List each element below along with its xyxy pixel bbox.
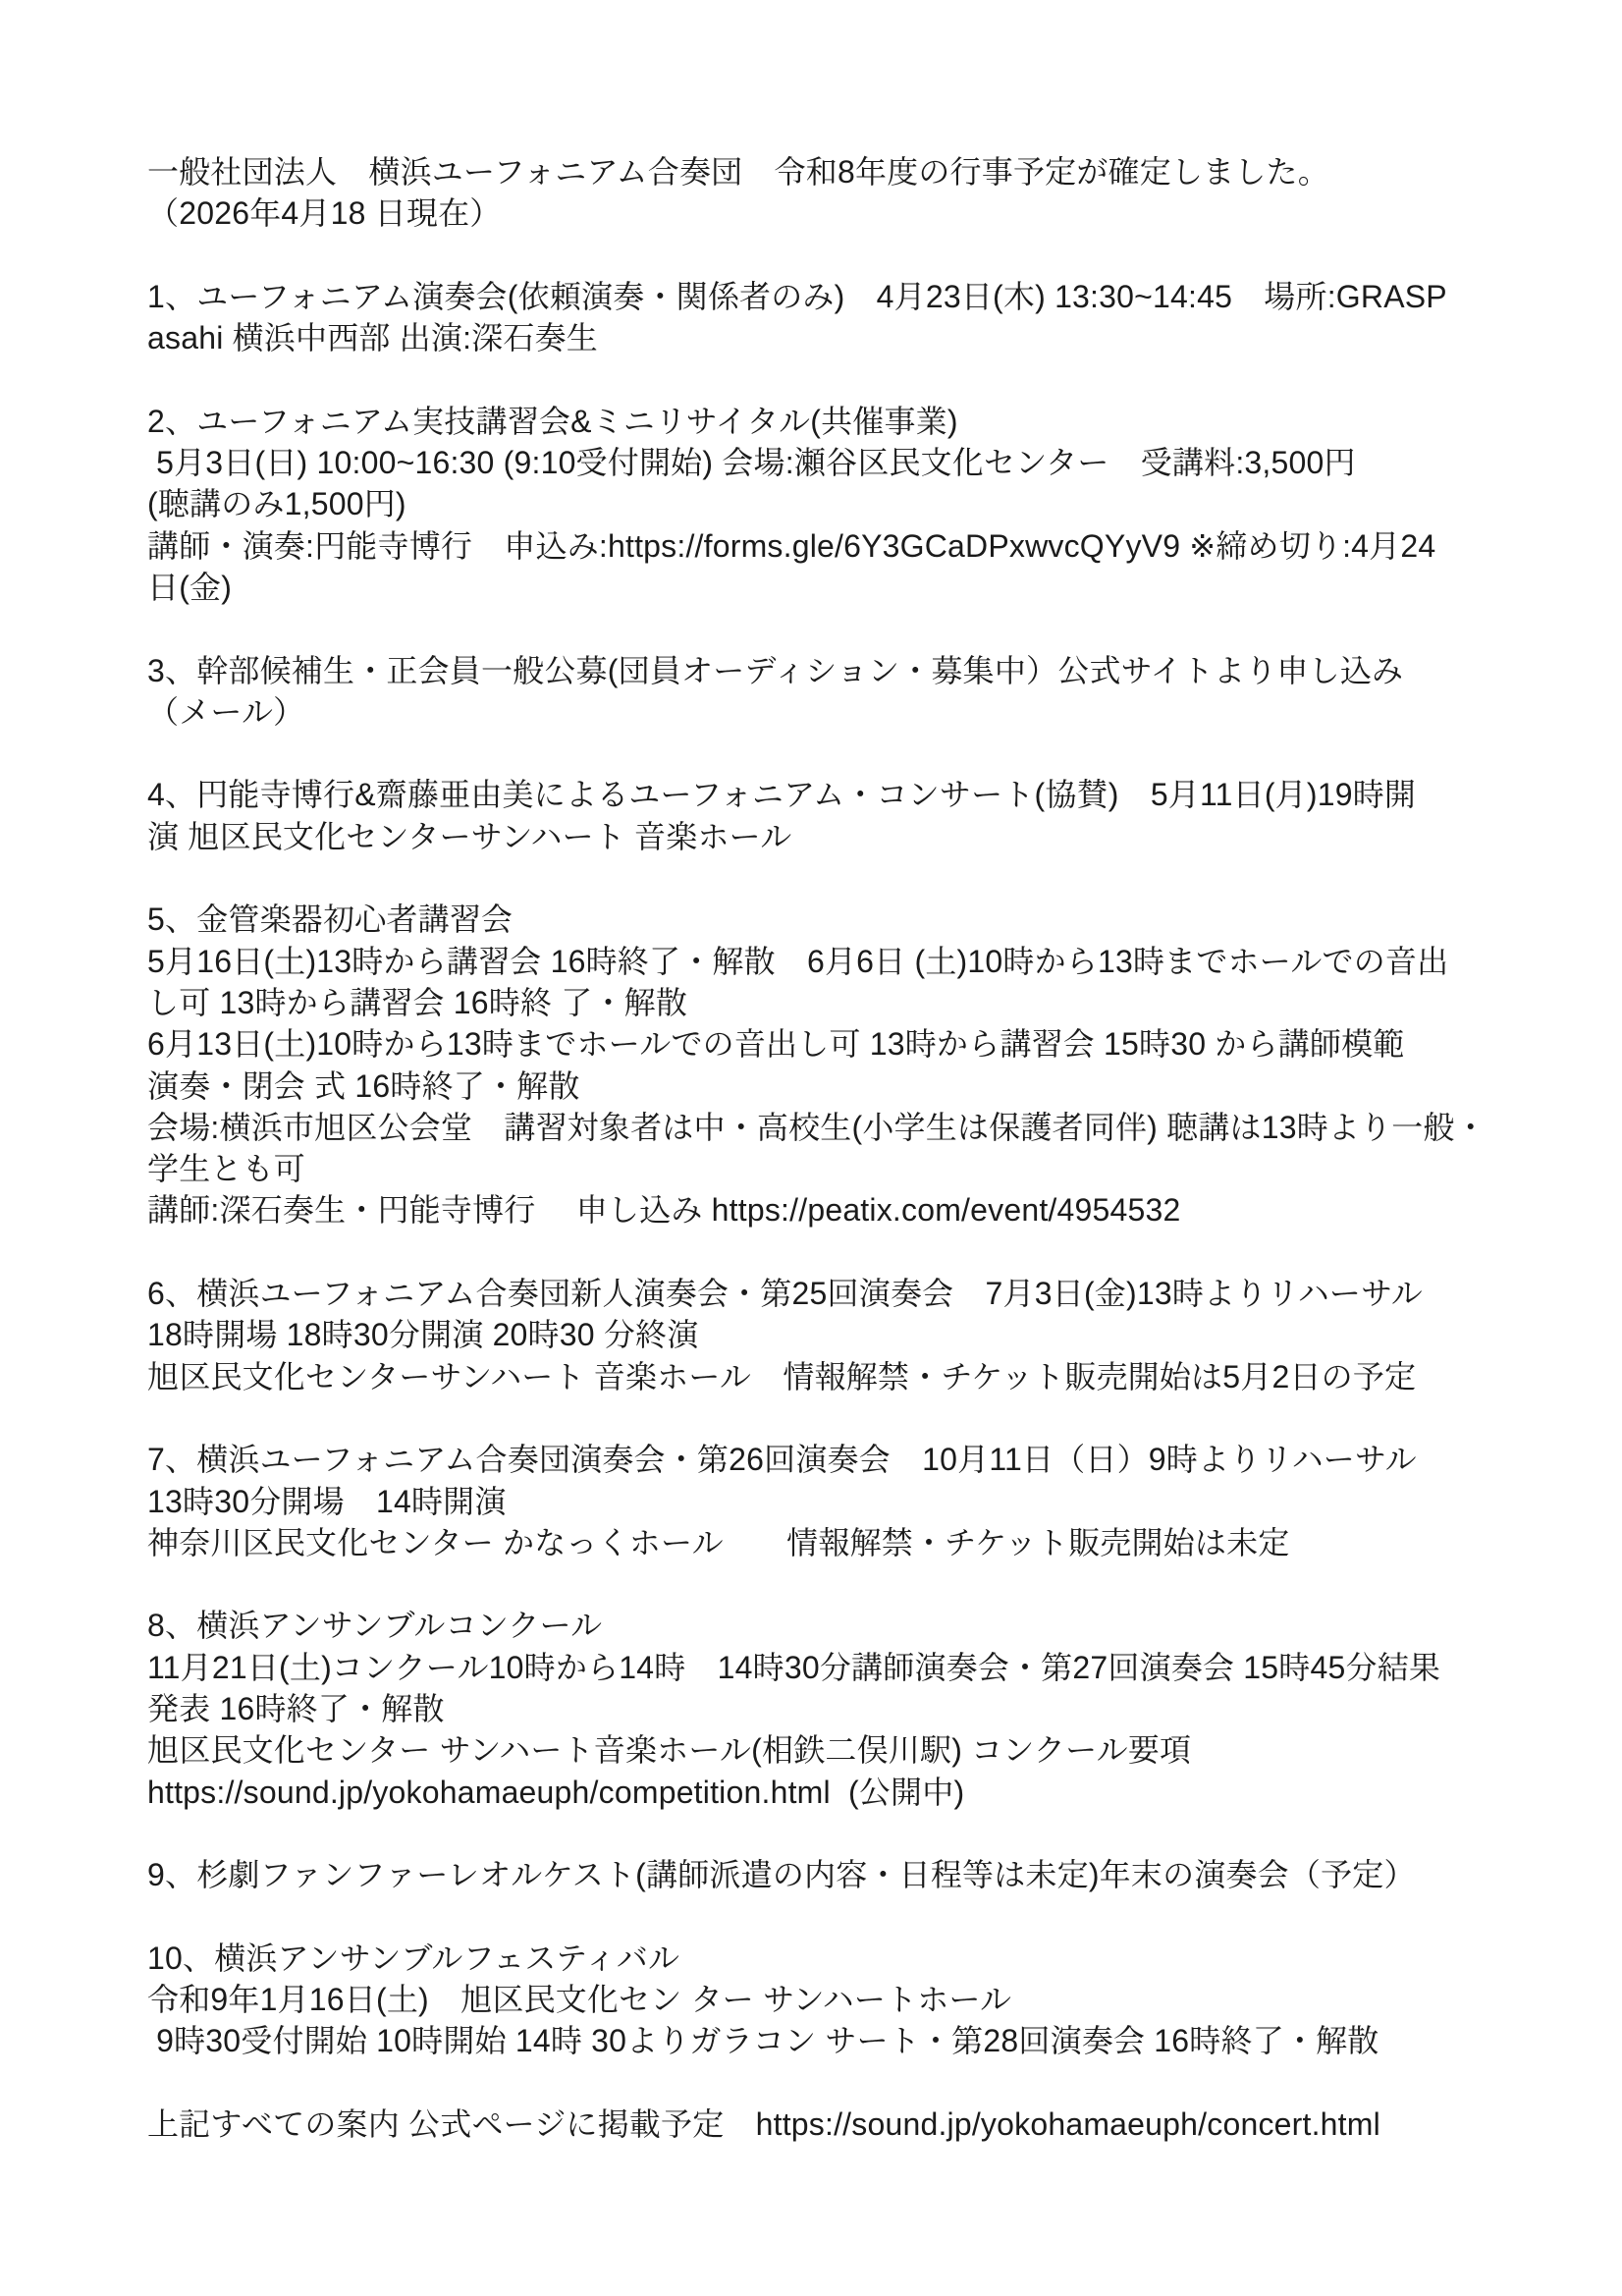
title-paragraph: 一般社団法人 横浜ユーフォニアム合奏団 令和8年度の行事予定が確定しました。 （… <box>147 151 1581 235</box>
text-line: 旭区民文化センター サンハート音楽ホール(相鉄二俣川駅) コンクール要項 <box>147 1729 1581 1771</box>
event-item-7: 7、横浜ユーフォニアム合奏団演奏会・第26回演奏会 10月11日（日）9時よりリ… <box>147 1439 1581 1563</box>
text-line: 学生とも可 <box>147 1148 1581 1189</box>
text-line: 18時開場 18時30分開演 20時30 分終演 <box>147 1314 1581 1355</box>
text-line: (聴講のみ1,500円) <box>147 483 1581 524</box>
text-line: 会場:横浜市旭区公会堂 講習対象者は中・高校生(小学生は保護者同伴) 聴講は13… <box>147 1107 1581 1148</box>
text-line: 発表 16時終了・解散 <box>147 1688 1581 1729</box>
text-line-with-url: 講師:深石奏生・円能寺博行 申し込み https://peatix.com/ev… <box>147 1189 1581 1230</box>
event-item-9: 9、杉劇ファンファーレオルケスト(講師派遣の内容・日程等は未定)年末の演奏会（予… <box>147 1854 1581 1895</box>
text-line: し可 13時から講習会 16時終 了・解散 <box>147 982 1581 1023</box>
event-item-6: 6、横浜ユーフォニアム合奏団新人演奏会・第25回演奏会 7月3日(金)13時より… <box>147 1273 1581 1397</box>
text-line: 10、横浜アンサンブルフェスティバル <box>147 1938 1581 1979</box>
text-line: 1、ユーフォニアム演奏会(依頼演奏・関係者のみ) 4月23日(木) 13:30~… <box>147 276 1581 317</box>
event-item-2: 2、ユーフォニアム実技講習会&ミニリサイタル(共催事業) 5月3日(日) 10:… <box>147 401 1581 608</box>
text-line: 5月3日(日) 10:00~16:30 (9:10受付開始) 会場:瀬谷区民文化… <box>147 442 1581 483</box>
title-date-line: （2026年4月18 日現在） <box>147 192 1581 234</box>
text-line: 神奈川区民文化センター かなっくホール 情報解禁・チケット販売開始は未定 <box>147 1522 1581 1563</box>
text-line: 日(金) <box>147 567 1581 608</box>
text-line: 7、横浜ユーフォニアム合奏団演奏会・第26回演奏会 10月11日（日）9時よりリ… <box>147 1439 1581 1480</box>
event-item-5: 5、金管楽器初心者講習会 5月16日(土)13時から講習会 16時終了・解散 6… <box>147 899 1581 1230</box>
text-line-with-url: 上記すべての案内 公式ページに掲載予定 https://sound.jp/yok… <box>147 2104 1581 2145</box>
text-line: 令和9年1月16日(土) 旭区民文化セン ター サンハートホール <box>147 1979 1581 2020</box>
text-line: 2、ユーフォニアム実技講習会&ミニリサイタル(共催事業) <box>147 401 1581 442</box>
text-line: 演奏・閉会 式 16時終了・解散 <box>147 1066 1581 1107</box>
text-line: 6月13日(土)10時から13時までホールでの音出し可 13時から講習会 15時… <box>147 1023 1581 1065</box>
text-line: asahi 横浜中西部 出演:深石奏生 <box>147 317 1581 358</box>
text-line: （メール） <box>147 691 1581 733</box>
text-line: 9、杉劇ファンファーレオルケスト(講師派遣の内容・日程等は未定)年末の演奏会（予… <box>147 1854 1581 1895</box>
event-item-3: 3、幹部候補生・正会員一般公募(団員オーディション・募集中）公式サイトより申し込… <box>147 650 1581 734</box>
text-line: 演 旭区民文化センターサンハート 音楽ホール <box>147 816 1581 857</box>
text-line: 13時30分開場 14時開演 <box>147 1481 1581 1522</box>
document: 一般社団法人 横浜ユーフォニアム合奏団 令和8年度の行事予定が確定しました。 （… <box>147 151 1581 2187</box>
text-line-with-url: 講師・演奏:円能寺博行 申込み:https://forms.gle/6Y3GCa… <box>147 525 1581 567</box>
text-line-with-url: https://sound.jp/yokohamaeuph/competitio… <box>147 1772 1581 1813</box>
title-line: 一般社団法人 横浜ユーフォニアム合奏団 令和8年度の行事予定が確定しました。 <box>147 151 1581 192</box>
text-line: 旭区民文化センターサンハート 音楽ホール 情報解禁・チケット販売開始は5月2日の… <box>147 1356 1581 1397</box>
text-line: 6、横浜ユーフォニアム合奏団新人演奏会・第25回演奏会 7月3日(金)13時より… <box>147 1273 1581 1314</box>
text-line: 3、幹部候補生・正会員一般公募(団員オーディション・募集中）公式サイトより申し込… <box>147 650 1581 691</box>
event-item-1: 1、ユーフォニアム演奏会(依頼演奏・関係者のみ) 4月23日(木) 13:30~… <box>147 276 1581 359</box>
text-line: 5、金管楽器初心者講習会 <box>147 899 1581 940</box>
footer-note: 上記すべての案内 公式ページに掲載予定 https://sound.jp/yok… <box>147 2104 1581 2145</box>
text-line: 4、円能寺博行&齋藤亜由美によるユーフォニアム・コンサート(協賛) 5月11日(… <box>147 774 1581 815</box>
event-item-8: 8、横浜アンサンブルコンクール 11月21日(土)コンクール10時から14時 1… <box>147 1605 1581 1812</box>
text-line: 9時30受付開始 10時開始 14時 30よりガラコン サート・第28回演奏会 … <box>147 2020 1581 2061</box>
text-line: 8、横浜アンサンブルコンクール <box>147 1605 1581 1646</box>
event-item-10: 10、横浜アンサンブルフェスティバル 令和9年1月16日(土) 旭区民文化セン … <box>147 1938 1581 2062</box>
text-line: 5月16日(土)13時から講習会 16時終了・解散 6月6日 (土)10時から1… <box>147 941 1581 982</box>
text-line: 11月21日(土)コンクール10時から14時 14時30分講師演奏会・第27回演… <box>147 1647 1581 1688</box>
event-item-4: 4、円能寺博行&齋藤亜由美によるユーフォニアム・コンサート(協賛) 5月11日(… <box>147 774 1581 857</box>
